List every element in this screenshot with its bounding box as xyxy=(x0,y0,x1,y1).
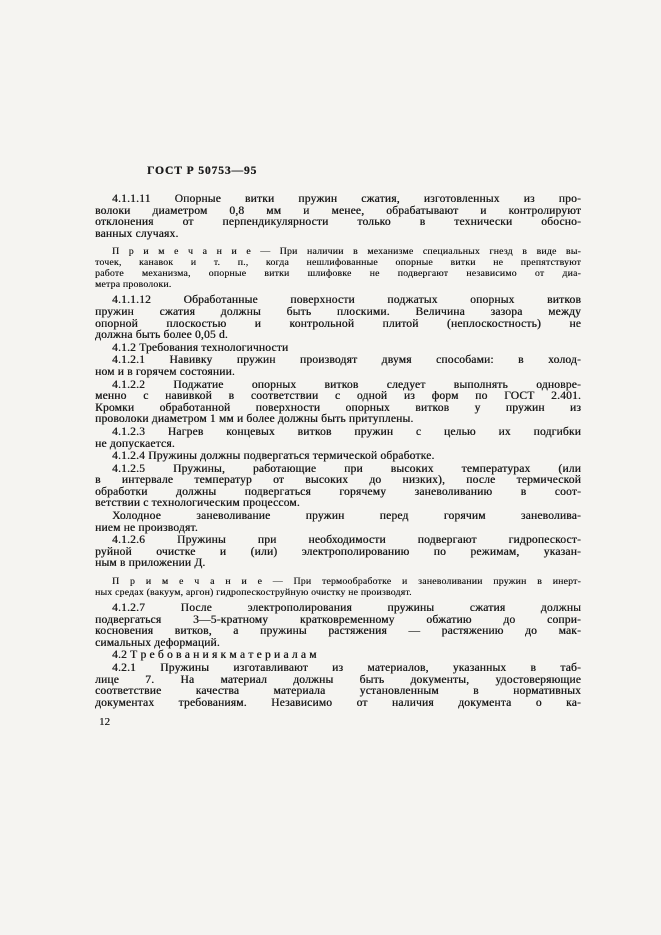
text-line: пружин сжатия должны быть плоскими. Вели… xyxy=(95,307,581,319)
running-header: ГОСТ Р 50753—95 xyxy=(147,165,257,177)
text-line: не допускается. xyxy=(95,439,581,451)
paragraph: 4.1.1.11 Опорные витки пружин сжатия, из… xyxy=(95,194,581,240)
text-line: 4.2 Т р е б о в а н и я к м а т е р и а … xyxy=(95,650,581,662)
note-block: П р и м е ч а н и е — При термообработке… xyxy=(95,576,581,598)
text-line: 4.1.2.4 Пружины должны подвергаться терм… xyxy=(95,451,581,463)
text-line: ветствии с технологическим процессом. xyxy=(95,498,581,510)
text-line: 4.1.2.7 После электрополирования пружины… xyxy=(95,603,581,615)
paragraph: 4.1.2 Требования технологичности xyxy=(95,343,581,355)
text-line: 4.1.1.11 Опорные витки пружин сжатия, из… xyxy=(95,194,581,206)
text-line: 4.1.2.3 Нагрев концевых витков пружин с … xyxy=(95,427,581,439)
text-line: проволоки диаметром 1 мм и более должны … xyxy=(95,414,581,426)
paragraph: Холодное заневоливание пружин перед горя… xyxy=(95,511,581,534)
text-line: 4.1.2 Требования технологичности xyxy=(95,343,581,355)
document-page: ГОСТ Р 50753—95 4.1.1.11 Опорные витки п… xyxy=(0,0,661,935)
text-line: ном и в горячем состоянии. xyxy=(95,367,581,379)
note-block: П р и м е ч а н и е — При наличии в меха… xyxy=(95,246,581,290)
paragraph: 4.1.2.4 Пружины должны подвергаться терм… xyxy=(95,451,581,463)
paragraph: 4.1.2.1 Навивку пружин производят двумя … xyxy=(95,355,581,378)
text-line: метра проволоки. xyxy=(95,279,581,290)
text-line: П р и м е ч а н и е — При наличии в меха… xyxy=(95,246,581,257)
text-line: ным в приложении Д. xyxy=(95,558,581,570)
text-line: должна быть более 0,05 d. xyxy=(95,330,581,342)
paragraph: 4.1.2.6 Пружины при необходимости подвер… xyxy=(95,535,581,570)
text-line: документах требованиям. Независимо от на… xyxy=(95,698,581,710)
text-column: 4.1.1.11 Опорные витки пружин сжатия, из… xyxy=(95,193,581,709)
paragraph: 4.1.2.3 Нагрев концевых витков пружин с … xyxy=(95,427,581,450)
section-heading: 4.2 Т р е б о в а н и я к м а т е р и а … xyxy=(95,650,581,662)
paragraph: 4.1.1.12 Обработанные поверхности поджат… xyxy=(95,295,581,341)
page-number: 12 xyxy=(99,716,110,728)
text-line: менно с навивкой в соответствии с одной … xyxy=(95,391,581,403)
text-line: симальных деформаций. xyxy=(95,638,581,650)
paragraph: 4.1.2.5 Пружины, работающие при высоких … xyxy=(95,464,581,510)
text-line: точек, канавок и т. п., когда нешлифован… xyxy=(95,257,581,268)
text-line: 4.2.1 Пружины изготавливают из материало… xyxy=(95,663,581,675)
paragraph: 4.1.2.2 Поджатие опорных витков следует … xyxy=(95,380,581,426)
text-line: ванных случаях. xyxy=(95,229,581,241)
paragraph: 4.1.2.7 После электрополирования пружины… xyxy=(95,603,581,649)
text-line: нием не производят. xyxy=(95,523,581,535)
text-line: Холодное заневоливание пружин перед горя… xyxy=(95,511,581,523)
text-line: работе механизма, опорные витки шлифовке… xyxy=(95,268,581,279)
text-line: П р и м е ч а н и е — При термообработке… xyxy=(95,576,581,587)
text-line: ных средах (вакуум, аргон) гидропескостр… xyxy=(95,587,581,598)
paragraph: 4.2.1 Пружины изготавливают из материало… xyxy=(95,663,581,709)
